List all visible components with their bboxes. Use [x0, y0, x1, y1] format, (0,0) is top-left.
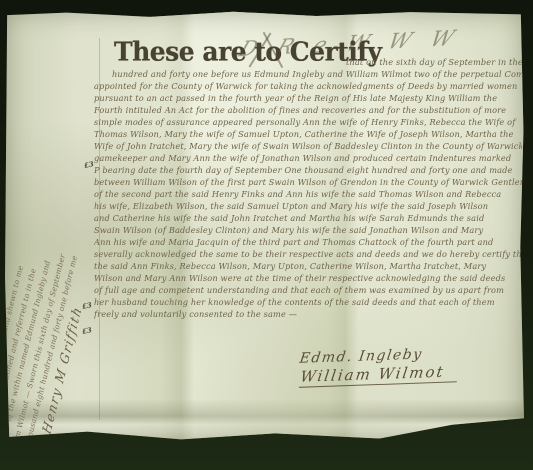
body-line: his wife, Elizabeth Wilson, the said Sam… — [94, 200, 522, 212]
body-line: her husband touching her knowledge of th… — [94, 296, 522, 308]
body-line: Swain Wilson (of Baddesley Clinton) and … — [94, 224, 522, 236]
body-line: between William Wilson of the first part… — [94, 176, 522, 188]
body-line: of full age and competent understanding … — [94, 284, 522, 296]
body-line: and Catherine his wife the said John Ira… — [94, 212, 522, 224]
commissioner-signatures: Edmd. Ingleby William Wilmot — [299, 345, 459, 388]
body-line: Thomas Wilson, Mary the wife of Samuel U… — [94, 128, 522, 140]
body-line: appointed for the County of Warwick for … — [94, 80, 522, 92]
body-line: Fourth intituled An Act for the abolitio… — [94, 104, 522, 116]
body-line: Ann his wife and Maria Jacquin of the th… — [94, 236, 522, 248]
body-line: gamekeeper and Mary Ann the wife of Jona… — [94, 152, 522, 164]
body-line: simple modes of assurance appeared perso… — [94, 116, 522, 128]
body-line: Wife of John Iratchet, Mary the wife of … — [94, 140, 522, 152]
body-line: pursuant to an act passed in the fourth … — [94, 92, 522, 104]
certificate-body-text: that on the sixth day of September in th… — [94, 56, 522, 324]
parchment-document: D R e W W W These are to Certify £3 £3 £… — [4, 10, 525, 442]
body-line: severally acknowledged the same to be th… — [94, 248, 522, 260]
body-line: freely and voluntarily consented to the … — [94, 308, 522, 320]
body-line: P bearing date the fourth day of Septemb… — [94, 164, 522, 176]
body-line: that on the sixth day of September in th… — [94, 56, 522, 68]
photo-background: D R e W W W These are to Certify £3 £3 £… — [0, 0, 533, 470]
body-line: of the second part the said Henry Finks … — [94, 188, 522, 200]
signature-william-wilmot: William Wilmot — [299, 361, 460, 388]
margin-mark: £3 — [81, 325, 92, 336]
body-line: the said Ann Finks, Rebecca Wilson, Mary… — [94, 260, 522, 272]
body-line: Wilson and Mary Ann Wilson were at the t… — [94, 272, 522, 284]
body-line: hundred and forty one before us Edmund I… — [94, 68, 522, 80]
